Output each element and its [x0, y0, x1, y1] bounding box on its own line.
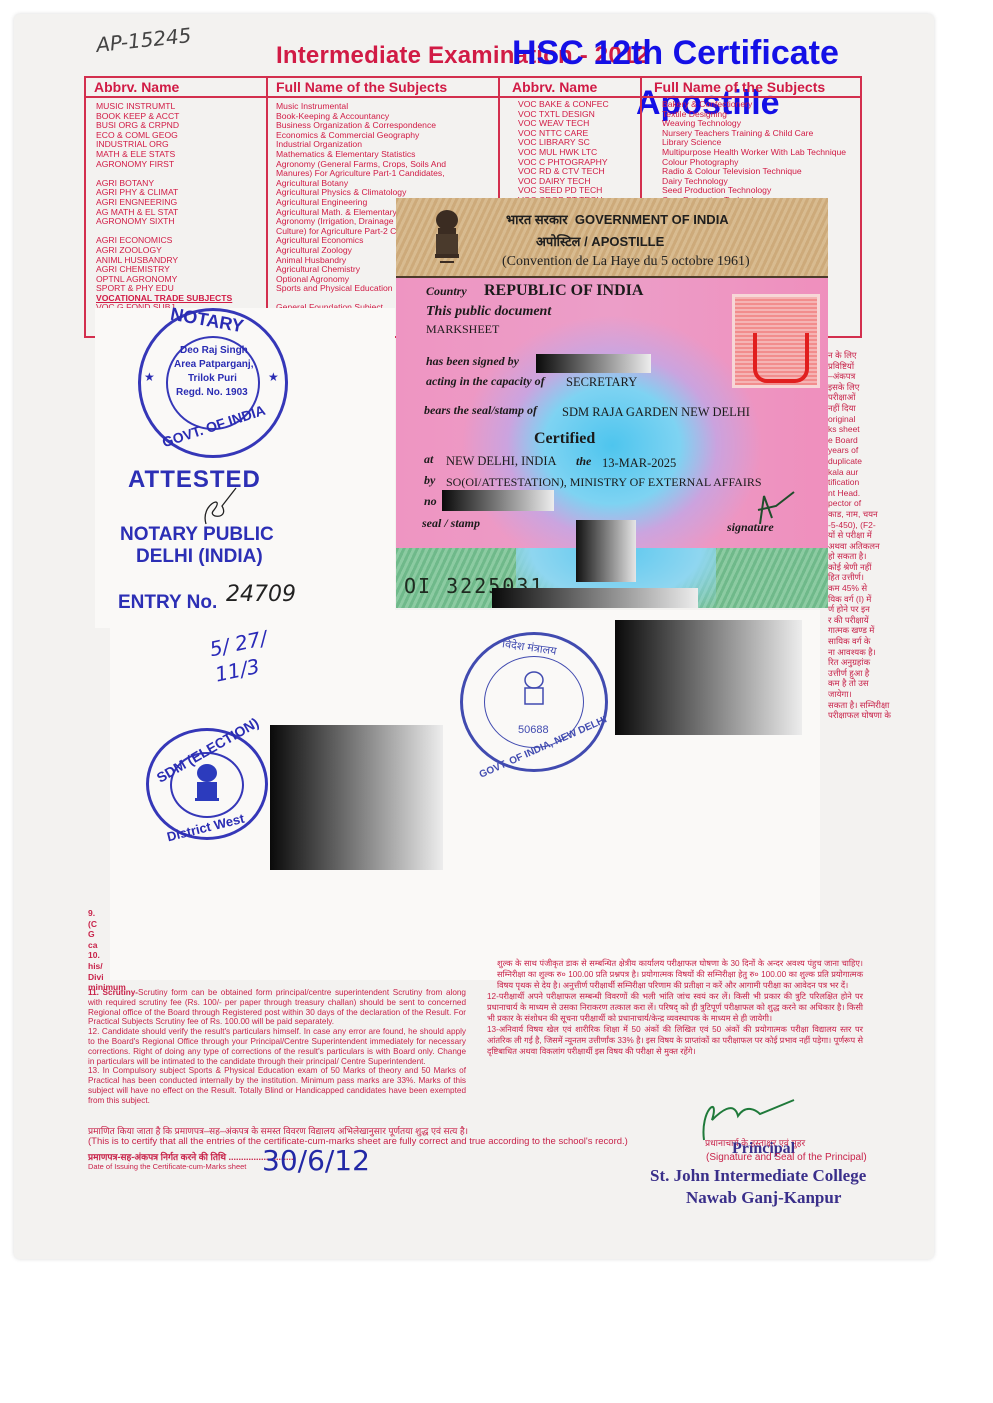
apostille-title: अपोस्टिल / APOSTILLE [536, 232, 664, 250]
the-label: the [576, 454, 591, 469]
seal-value: SDM RAJA GARDEN NEW DELHI [562, 405, 750, 420]
notary-area: Area Patparganj, [174, 359, 253, 370]
list-item: कम 45% से [828, 583, 898, 594]
left-margin-text: 9.(CGca10.his/Diviminimum [88, 908, 126, 993]
list-item: years of [828, 445, 898, 456]
list-item: (C [88, 919, 126, 930]
red-revenue-stamp [732, 294, 820, 388]
list-item: duplicate [828, 456, 898, 467]
national-emblem-icon [432, 206, 462, 268]
list-item: अथवा अतिकलन [828, 541, 898, 552]
principal-signature-label: (Signature and Seal of the Principal) [706, 1152, 867, 1163]
notary-signature-icon [196, 484, 240, 528]
signed-by-label: has been signed by [426, 354, 519, 369]
list-item: G [88, 929, 126, 940]
entry-number-label: ENTRY No. [118, 592, 217, 614]
apostille-convention: (Convention de La Haye du 5 octobre 1961… [502, 254, 750, 270]
notary-place: Trilok Puri [188, 373, 237, 384]
seal-label: bears the seal/stamp of [424, 403, 537, 418]
notary-delhi-label: DELHI (INDIA) [136, 546, 263, 568]
header-abbrv-1: Abbrv. Name [94, 79, 179, 95]
signature-mark-icon [754, 488, 798, 528]
list-item: pector of [828, 498, 898, 509]
list-item: –अंकपत्र [828, 371, 898, 382]
seal-stamp-label: seal / stamp [422, 516, 480, 531]
certified-heading: Certified [534, 430, 595, 448]
national-emblem-icon [192, 762, 222, 806]
list-item: र की परीक्षायें [828, 615, 898, 626]
mea-stamp-number: 50688 [518, 724, 549, 736]
public-document-label: This public document [426, 304, 551, 320]
list-item: कोई श्रेणी नहीं [828, 562, 898, 573]
attested-stamp: ATTESTED [128, 466, 261, 494]
redacted-seal [576, 520, 636, 582]
college-name: St. John Intermediate College [650, 1166, 866, 1186]
header-full-2: Full Name of the Subjects [654, 79, 825, 95]
list-item: यों से परीक्षा में [828, 530, 898, 541]
document-type: MARKSHEET [426, 322, 499, 337]
english-notes: 11. Scrutiny-Scrutiny form can be obtain… [88, 988, 466, 1106]
list-item: AGRONOMY SIXTH [96, 217, 232, 227]
hindi-notes: शुल्क के साथ पंजीकृत डाक से सम्बन्धित क्… [487, 958, 863, 1057]
list-item: his/ [88, 961, 126, 972]
by-label: by [424, 473, 435, 488]
list-item: यिक वर्ग (I) में [828, 594, 898, 605]
entry-number-value: 24709 [226, 582, 296, 607]
list-item: Divi [88, 972, 126, 983]
overlay-title-line1: HSC 12th Certificate [512, 34, 839, 73]
list-item: हो सकता है। [828, 551, 898, 562]
list-item: जायेगा। [828, 689, 898, 700]
list-item: सकता है। सम्निरीक्षा [828, 700, 898, 711]
list-item: 10. [88, 950, 126, 961]
issue-date: 30/6/12 [262, 1144, 370, 1177]
list-item: nt Head. [828, 488, 898, 499]
header-full-1: Full Name of the Subjects [276, 79, 447, 95]
star-icon: ★ [144, 370, 155, 384]
redacted-block-right [615, 620, 802, 735]
list-item: kala aur [828, 467, 898, 478]
country-value: REPUBLIC OF INDIA [484, 282, 643, 300]
list-item: सायिक वर्ग के [828, 636, 898, 647]
country-label: Country [426, 284, 467, 299]
redacted-block-center [270, 725, 443, 870]
date-label-english: Date of Issuing the Certificate-cum-Mark… [88, 1162, 246, 1171]
redacted-number [442, 490, 554, 511]
list-item: ca [88, 940, 126, 951]
right-margin-text: न के लिएप्रविष्टियों–अंकपत्रइसके लिएपरीक… [828, 350, 898, 721]
list-item: न के लिए [828, 350, 898, 361]
date-value: 13-MAR-2025 [602, 456, 676, 471]
capacity-value: SECRETARY [566, 375, 637, 390]
list-item: इसके लिए [828, 382, 898, 393]
list-item: AGRONOMY FIRST [96, 160, 232, 170]
list-item: ks sheet [828, 424, 898, 435]
list-item: नहीं दिया [828, 403, 898, 414]
capacity-label: acting in the capacity of [426, 374, 545, 389]
no-label: no [424, 494, 437, 509]
at-label: at [424, 452, 433, 467]
list-item: -5-450), (F2- [828, 520, 898, 531]
by-value: SO(OI/ATTESTATION), MINISTRY OF EXTERNAL… [446, 475, 762, 490]
right-abbrv-list: VOC BAKE & CONFECVOC TXTL DESIGNVOC WEAV… [518, 100, 609, 206]
list-item: परीक्षाओं [828, 392, 898, 403]
notary-regd: Regd. No. 1903 [176, 387, 248, 398]
list-item: tification [828, 477, 898, 488]
list-item: काड, नाम, चयन [828, 509, 898, 520]
right-full-list: Bakery & ConfectioneryTextile DesigningW… [662, 100, 846, 206]
star-icon: ★ [268, 370, 279, 384]
list-item: गात्मक खण्ड में [828, 625, 898, 636]
list-item: उत्तीर्ण हुआ है [828, 668, 898, 679]
college-place: Nawab Ganj-Kanpur [686, 1188, 841, 1208]
apostille-certificate: भारत सरकार GOVERNMENT OF INDIA अपोस्टिल … [396, 198, 828, 608]
redacted-serial [492, 588, 698, 608]
list-item: प्रविष्टियों [828, 361, 898, 372]
redacted-signatory [536, 354, 651, 373]
list-item: रित अनुग्रहांक [828, 657, 898, 668]
list-item: 9. [88, 908, 126, 919]
list-item: र्ण होने पर इन [828, 604, 898, 615]
at-value: NEW DELHI, INDIA [446, 454, 557, 469]
list-item: original [828, 414, 898, 425]
header-abbrv-2: Abbrv. Name [512, 79, 597, 95]
list-item: ना आवश्यक है। [828, 647, 898, 658]
list-item: कम है तो उस [828, 678, 898, 689]
left-abbrv-list: MUSIC INSTRUMTLBOOK KEEP & ACCTBUSI ORG … [96, 102, 232, 313]
list-item: हित उत्तीर्ण। [828, 572, 898, 583]
list-item: e Board [828, 435, 898, 446]
notary-name: Deo Raj Singh [180, 345, 248, 356]
list-item: परीक्षाफल घोषणा के [828, 710, 898, 721]
national-emblem-icon [520, 670, 548, 714]
apostille-government-heading: भारत सरकार GOVERNMENT OF INDIA [506, 210, 729, 228]
